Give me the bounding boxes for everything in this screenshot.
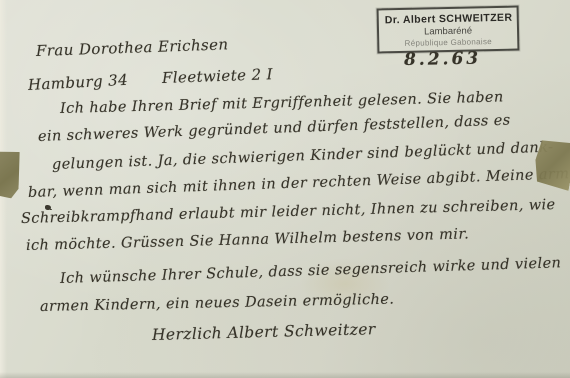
signature: Herzlich Albert Schweitzer (152, 320, 376, 344)
handwritten-date: 8.2.63 (404, 49, 481, 70)
body-line: Ich habe Ihren Brief mit Ergriffenheit g… (60, 89, 504, 117)
body-line: ein schweres Werk gegründet und dürfen f… (38, 113, 511, 145)
body-line: ich möchte. Grüssen Sie Hanna Wilhelm be… (26, 226, 470, 254)
tape-mark-left (0, 150, 22, 199)
stamp-country: République Gabonaise (385, 37, 511, 49)
letter-scan: Dr. Albert SCHWEITZER Lambaréné Républiq… (0, 0, 570, 378)
body-line: gelungen ist. Ja, die schwierigen Kinder… (52, 139, 554, 172)
scan-edge-shadow (0, 372, 570, 378)
address-stamp: Dr. Albert SCHWEITZER Lambaréné Républiq… (377, 6, 520, 54)
ink-speck (45, 205, 51, 210)
recipient-name: Frau Dorothea Erichsen (36, 35, 229, 60)
body-line: Schreibkrampfhand erlaubt mir leider nic… (21, 197, 556, 227)
recipient-city: Hamburg 34 (28, 71, 129, 94)
recipient-street: Fleetwiete 2 I (162, 65, 274, 87)
body-line: armen Kindern, ein neues Dasein ermöglic… (40, 292, 395, 315)
body-line: bar, wenn man sich mit ihnen in der rech… (28, 166, 570, 201)
